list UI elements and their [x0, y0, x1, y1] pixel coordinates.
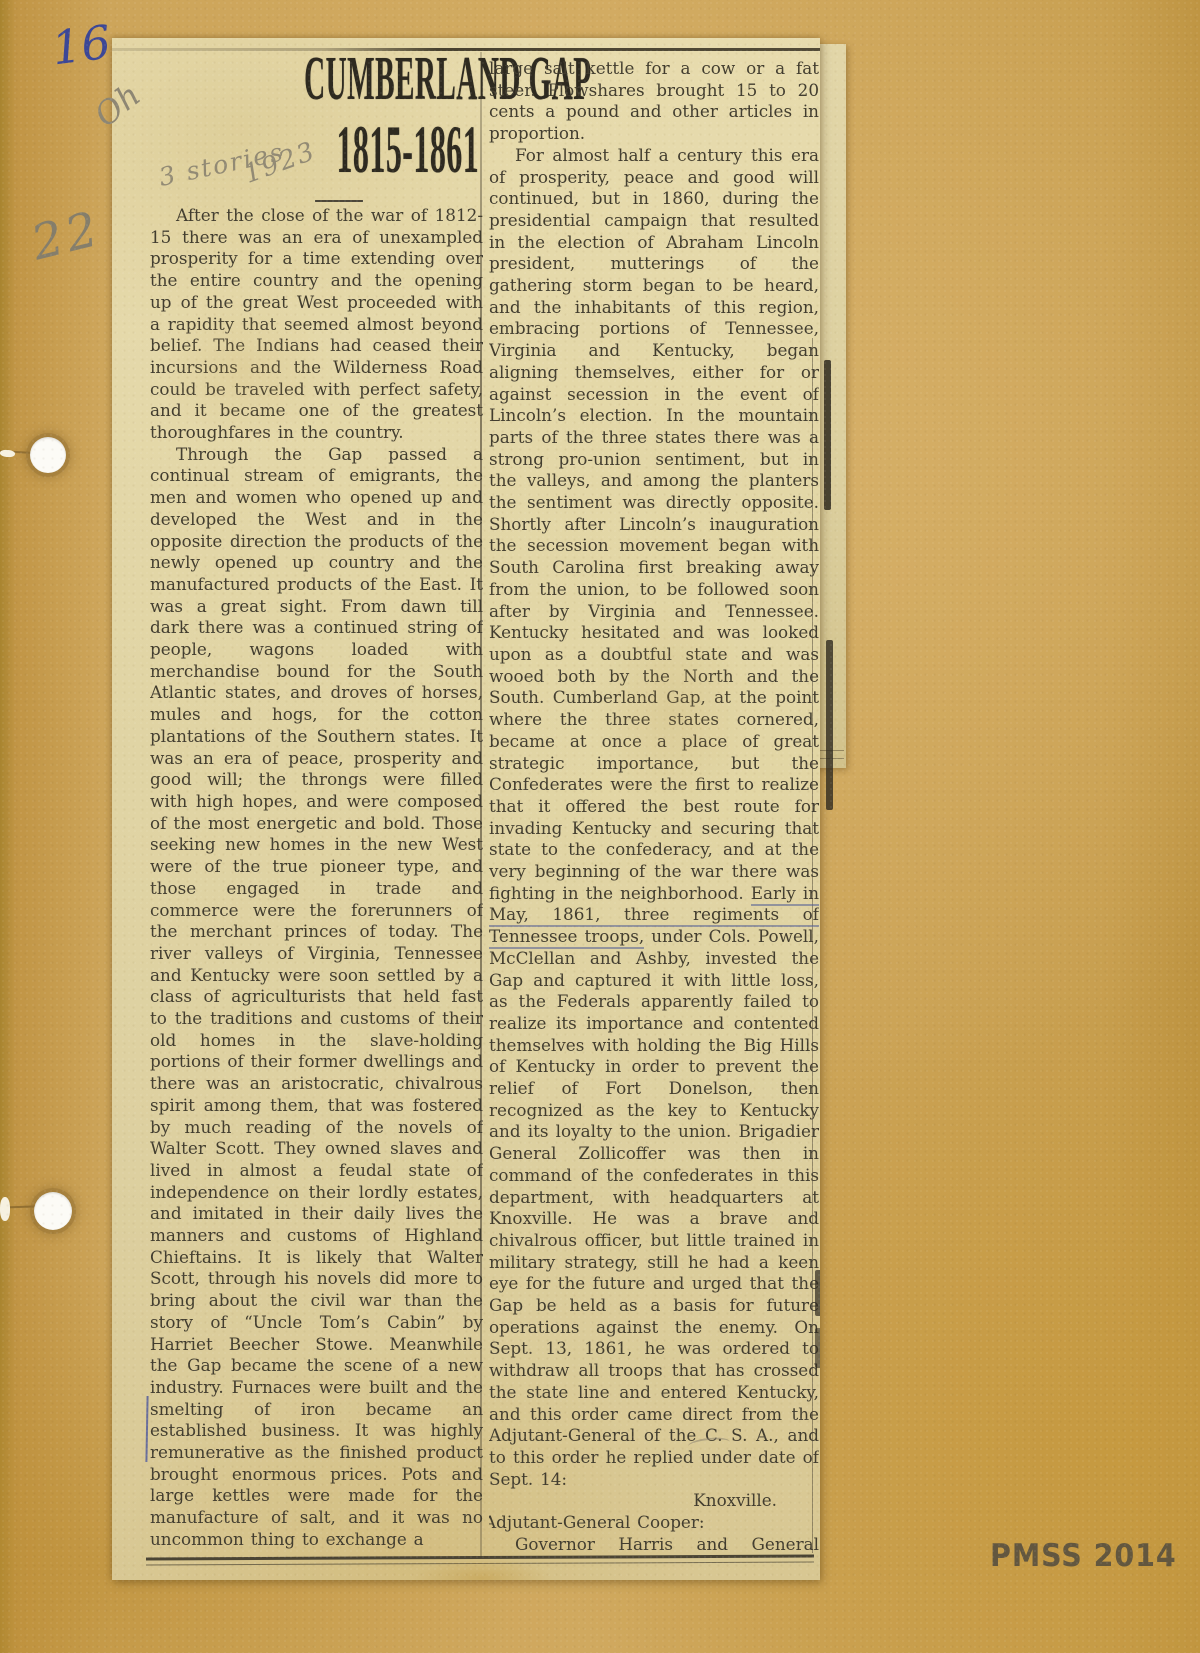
scrapbook-page: 16 Oh 3 stories 1923 22 CUMBERLAND GAP 1…	[0, 0, 1200, 1653]
clipping-bottom-rule	[146, 1555, 814, 1560]
paper-stain	[412, 1558, 552, 1580]
right-column: large salt kettle for a cow or a fat ste…	[489, 58, 819, 1558]
left-column: After the close of the war of 1812-15 th…	[150, 205, 483, 1553]
cut-text-fragment	[815, 1270, 820, 1316]
punch-hole	[30, 437, 66, 473]
paper-tear-gap	[0, 1197, 10, 1221]
clipping-bottom-rule-thin	[146, 1562, 814, 1566]
paper-tear-gap	[0, 449, 15, 457]
headline-dates-text: 1815-1861	[337, 114, 480, 184]
cut-text-fragment	[824, 360, 831, 510]
headline-divider	[315, 200, 363, 202]
paragraph-continuation: large salt kettle for a cow or a fat ste…	[489, 58, 819, 145]
watermark: PMSS 2014	[990, 1538, 1177, 1574]
letter-salutation: Adjutant-General Cooper:	[489, 1512, 819, 1534]
cut-text-fragment	[815, 1328, 820, 1368]
punch-hole	[34, 1192, 72, 1230]
headline: CUMBERLAND GAP	[142, 46, 502, 112]
cut-text-fragment	[826, 640, 833, 810]
letter-place: Knoxville.	[489, 1490, 819, 1512]
handwritten-page-number: 16	[49, 15, 114, 76]
paragraph-text: For almost half a century this era of pr…	[489, 145, 819, 903]
paragraph-text: under Cols. Powell, McClellan and Ashby,…	[489, 926, 819, 1489]
paragraph: After the close of the war of 1812-15 th…	[150, 205, 483, 444]
newspaper-clipping: CUMBERLAND GAP 1815-1861 After the close…	[112, 38, 820, 1580]
paragraph: Through the Gap passed a continual strea…	[150, 444, 483, 1551]
paragraph: For almost half a century this era of pr…	[489, 145, 819, 1491]
handwritten-number-22: 22	[26, 200, 107, 271]
